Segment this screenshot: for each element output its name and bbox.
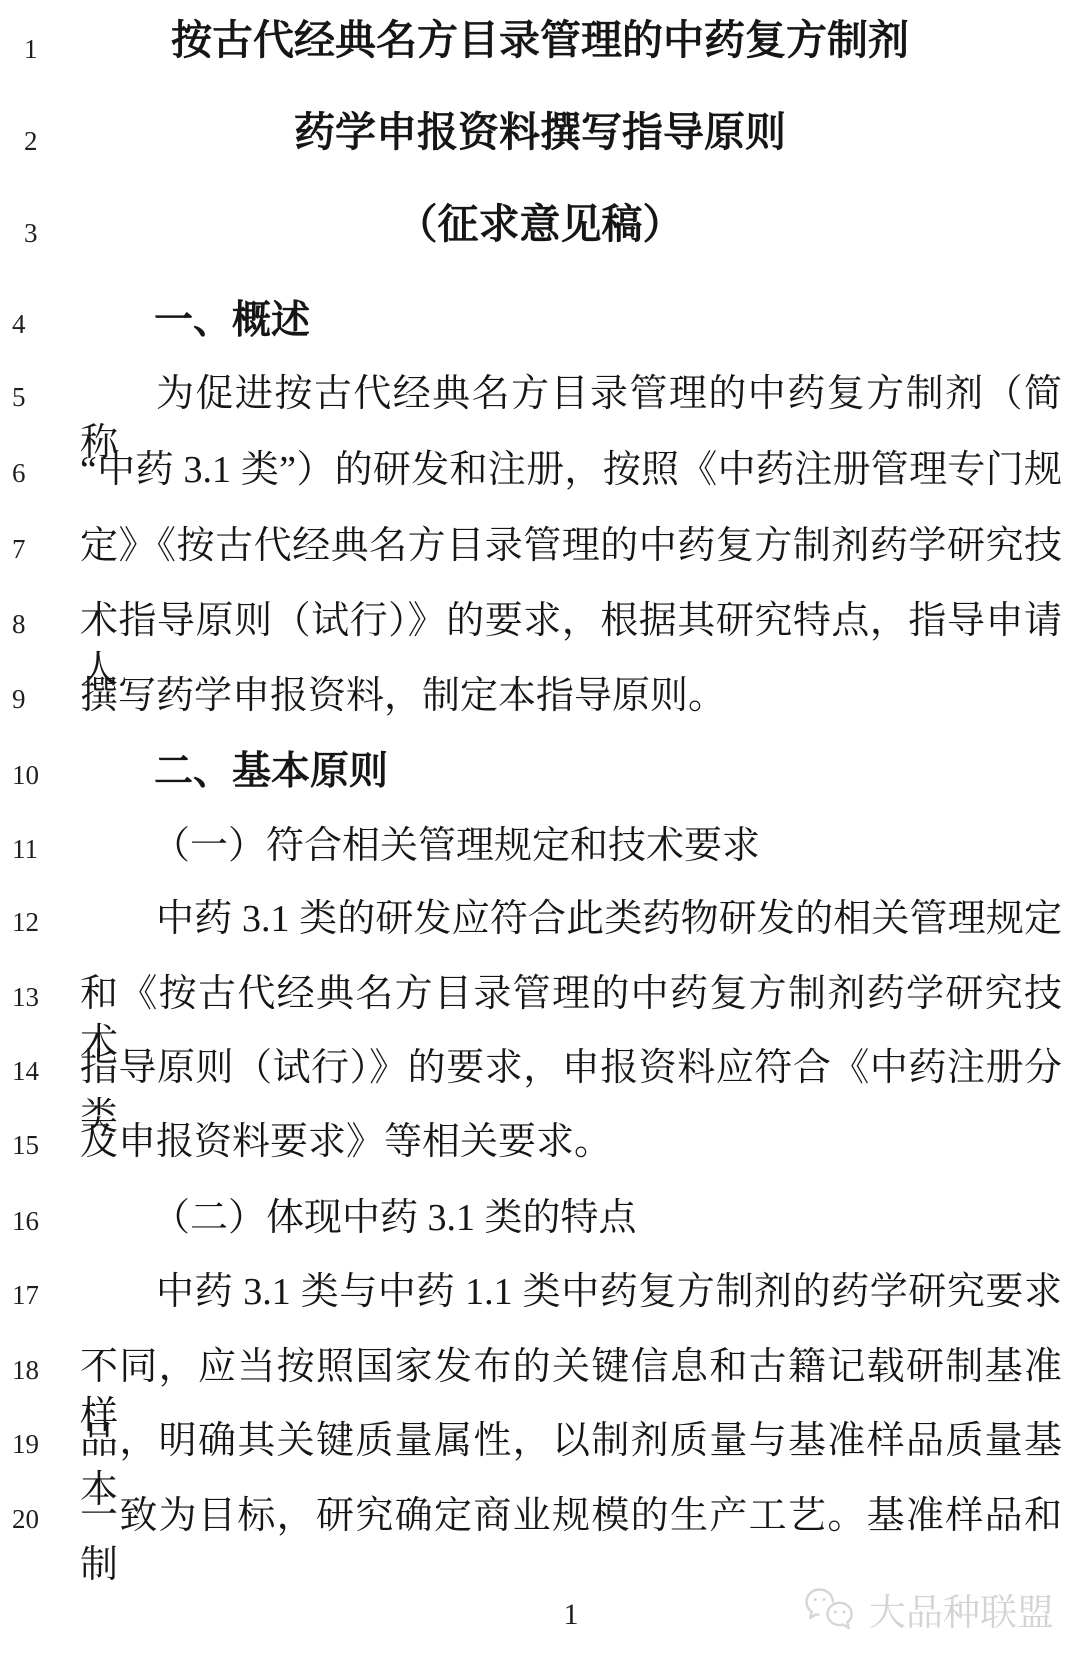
doc-line: 2 药学申报资料撰写指导原则 bbox=[0, 106, 1080, 159]
line-number: 18 bbox=[0, 1355, 80, 1386]
line-text: 定》《按古代经典名方目录管理的中药复方制剂药学研究技 bbox=[80, 522, 1062, 571]
line-number: 4 bbox=[0, 309, 80, 340]
line-number: 17 bbox=[0, 1280, 80, 1311]
doc-line: 16 （二）体现中药 3.1 类的特点 bbox=[0, 1194, 1080, 1243]
watermark-label: 大品种联盟 bbox=[869, 1582, 1054, 1636]
line-number: 9 bbox=[0, 684, 80, 715]
section-heading: 一、概述 bbox=[80, 296, 1062, 347]
line-number: 16 bbox=[0, 1206, 80, 1237]
line-number: 12 bbox=[0, 907, 80, 938]
line-number: 20 bbox=[0, 1504, 80, 1535]
line-number: 13 bbox=[0, 982, 80, 1013]
line-number: 19 bbox=[0, 1429, 80, 1460]
line-text: 一致为目标，研究确定商业规模的生产工艺。基准样品和制 bbox=[80, 1492, 1062, 1591]
title-line-2: 药学申报资料撰写指导原则 bbox=[0, 106, 1080, 159]
title-line-1: 按古代经典名方目录管理的中药复方制剂 bbox=[0, 14, 1080, 67]
doc-line: 20 一致为目标，研究确定商业规模的生产工艺。基准样品和制 bbox=[0, 1492, 1080, 1591]
line-text: 撰写药学申报资料，制定本指导原则。 bbox=[80, 672, 1062, 721]
doc-line: 15 及申报资料要求》等相关要求。 bbox=[0, 1118, 1080, 1167]
line-number: 3 bbox=[12, 218, 38, 249]
line-text: “中药 3.1 类”）的研发和注册，按照《中药注册管理专门规 bbox=[80, 446, 1062, 495]
line-text: 中药 3.1 类与中药 1.1 类中药复方制剂的药学研究要求 bbox=[80, 1268, 1062, 1317]
watermark: 大品种联盟 bbox=[803, 1582, 1054, 1636]
doc-line: 9 撰写药学申报资料，制定本指导原则。 bbox=[0, 672, 1080, 721]
doc-line: 7 定》《按古代经典名方目录管理的中药复方制剂药学研究技 bbox=[0, 522, 1080, 571]
line-text: 中药 3.1 类的研发应符合此类药物研发的相关管理规定 bbox=[80, 895, 1062, 944]
chat-bubbles-icon bbox=[803, 1585, 861, 1633]
line-number: 1 bbox=[12, 34, 38, 65]
doc-line: 11 （一）符合相关管理规定和技术要求 bbox=[0, 822, 1080, 871]
doc-line: 10 二、基本原则 bbox=[0, 747, 1080, 798]
section-heading: 二、基本原则 bbox=[80, 747, 1062, 798]
doc-line: 17 中药 3.1 类与中药 1.1 类中药复方制剂的药学研究要求 bbox=[0, 1268, 1080, 1317]
line-number: 15 bbox=[0, 1130, 80, 1161]
doc-line: 3 （征求意见稿） bbox=[0, 198, 1080, 251]
line-number: 2 bbox=[12, 126, 38, 157]
document-page: 1 按古代经典名方目录管理的中药复方制剂 2 药学申报资料撰写指导原则 3 （征… bbox=[0, 0, 1080, 1662]
doc-line: 12 中药 3.1 类的研发应符合此类药物研发的相关管理规定 bbox=[0, 895, 1080, 944]
line-number: 6 bbox=[0, 458, 80, 489]
line-number: 14 bbox=[0, 1056, 80, 1087]
doc-line: 1 按古代经典名方目录管理的中药复方制剂 bbox=[0, 14, 1080, 67]
line-number: 5 bbox=[0, 382, 80, 413]
line-number: 10 bbox=[0, 760, 80, 791]
doc-line: 4 一、概述 bbox=[0, 296, 1080, 347]
sub-heading: （二）体现中药 3.1 类的特点 bbox=[80, 1194, 1062, 1243]
title-line-3: （征求意见稿） bbox=[0, 198, 1080, 251]
line-number: 11 bbox=[0, 834, 80, 865]
line-number: 7 bbox=[0, 534, 80, 565]
sub-heading: （一）符合相关管理规定和技术要求 bbox=[80, 822, 1062, 871]
line-number: 8 bbox=[0, 609, 80, 640]
doc-line: 6 “中药 3.1 类”）的研发和注册，按照《中药注册管理专门规 bbox=[0, 446, 1080, 495]
line-text: 及申报资料要求》等相关要求。 bbox=[80, 1118, 1062, 1167]
